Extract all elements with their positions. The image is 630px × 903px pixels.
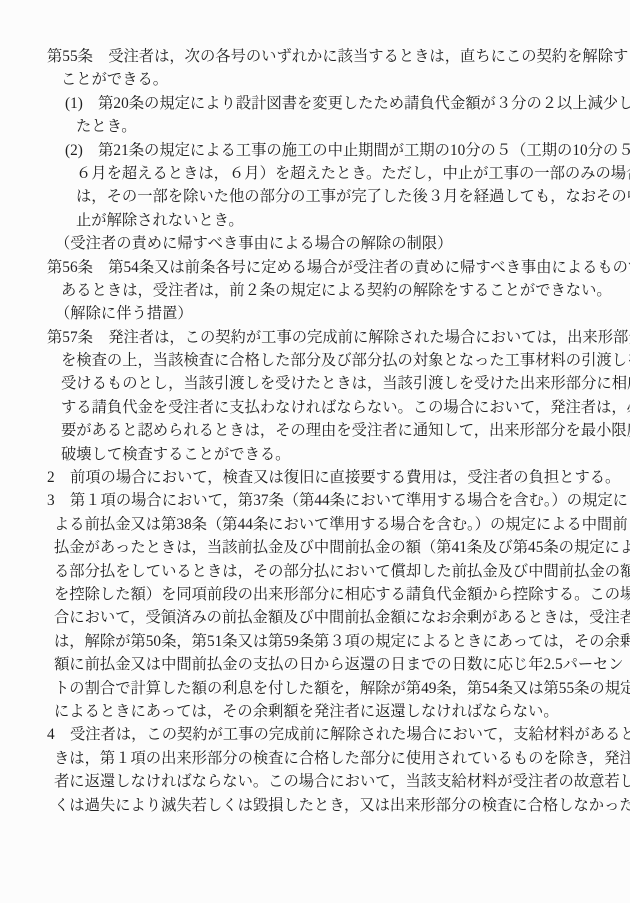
text-line: を検査の上，当該検査に合格した部分及び部分払の対象となった工事材料の引渡しを	[47, 349, 617, 372]
article-55-item-2: (2) 第21条の規定による工事の施工の中止期間が工期の10分の５（工期の10分…	[47, 139, 617, 233]
article-57-paragraph-2: 2 前項の場合において，検査又は復旧に直接要する費用は，受注者の負担とする。	[47, 466, 617, 489]
text-line: 額に前払金又は中間前払金の支払の日から返還の日までの日数に応じ年2.5パーセン	[47, 653, 617, 676]
text-line: 4 受注者は，この契約が工事の完成前に解除された場合において，支給材料があると	[47, 723, 617, 746]
text-line: 第55条 受注者は，次の各号のいずれかに該当するときは，直ちにこの契約を解除する	[47, 45, 617, 68]
article-55-item-1: (1) 第20条の規定により設計図書を変更したため請負代金額が３分の２以上減少し…	[47, 92, 617, 139]
article-55: 第55条 受注者は，次の各号のいずれかに該当するときは，直ちにこの契約を解除する…	[47, 45, 617, 92]
text-line: （受注者の責めに帰すべき事由による場合の解除の制限）	[47, 232, 617, 255]
heading-article-56: （受注者の責めに帰すべき事由による場合の解除の制限）	[47, 232, 617, 255]
text-line: ６月を超えるときは，６月）を超えたとき。ただし，中止が工事の一部のみの場合	[47, 162, 617, 185]
text-line: 合において，受領済みの前払金額及び中間前払金額になお余剰があるときは，受注者	[47, 606, 617, 629]
text-line: くは過失により滅失若しくは毀損したとき，又は出来形部分の検査に合格しなかった	[47, 794, 617, 817]
text-line: する請負代金を受注者に支払わなければならない。この場合において，発注者は，必	[47, 396, 617, 419]
article-57-paragraph-1: 第57条 発注者は，この契約が工事の完成前に解除された場合においては，出来形部分…	[47, 326, 617, 466]
text-line: トの割合で計算した額の利息を付した額を，解除が第49条，第54条又は第55条の規…	[47, 677, 617, 700]
text-line: る部分払をしているときは，その部分払において償却した前払金及び中間前払金の額	[47, 560, 617, 583]
text-line: あるときは，受注者は，前２条の規定による契約の解除をすることができない。	[47, 279, 617, 302]
text-line: 払金があったときは，当該前払金及び中間前払金の額（第41条及び第45条の規定によ	[47, 536, 617, 559]
text-line: 受けるものとし，当該引渡しを受けたときは，当該引渡しを受けた出来形部分に相応	[47, 372, 617, 395]
text-line: （解除に伴う措置）	[47, 302, 617, 325]
text-line: 2 前項の場合において，検査又は復旧に直接要する費用は，受注者の負担とする。	[47, 466, 617, 489]
text-line: 止が解除されないとき。	[47, 209, 617, 232]
text-line: よる前払金又は第38条（第44条において準用する場合を含む。）の規定による中間前	[47, 513, 617, 536]
article-57-paragraph-3: 3 第１項の場合において，第37条（第44条において準用する場合を含む。）の規定…	[47, 489, 617, 723]
text-line: (2) 第21条の規定による工事の施工の中止期間が工期の10分の５（工期の10分…	[47, 139, 617, 162]
text-line: を控除した額）を同項前段の出来形部分に相応する請負代金額から控除する。この場	[47, 583, 617, 606]
text-line: 破壊して検査することができる。	[47, 443, 617, 466]
article-57-paragraph-4: 4 受注者は，この契約が工事の完成前に解除された場合において，支給材料があるとき…	[47, 723, 617, 817]
document-page: 第55条 受注者は，次の各号のいずれかに該当するときは，直ちにこの契約を解除する…	[0, 0, 630, 903]
text-line: は，その一部を除いた他の部分の工事が完了した後３月を経過しても，なおその中	[47, 185, 617, 208]
text-line: 者に返還しなければならない。この場合において，当該支給材料が受注者の故意若し	[47, 770, 617, 793]
text-line: ことができる。	[47, 68, 617, 91]
text-line: きは，第１項の出来形部分の検査に合格した部分に使用されているものを除き，発注	[47, 747, 617, 770]
contract-text-body: 第55条 受注者は，次の各号のいずれかに該当するときは，直ちにこの契約を解除する…	[47, 45, 617, 817]
text-line: は，解除が第50条，第51条又は第59条第３項の規定によるときにあっては，その余…	[47, 630, 617, 653]
article-56: 第56条 第54条又は前条各号に定める場合が受注者の責めに帰すべき事由によるもの…	[47, 256, 617, 303]
text-line: 第57条 発注者は，この契約が工事の完成前に解除された場合においては，出来形部分	[47, 326, 617, 349]
text-line: 要があると認められるときは，その理由を受注者に通知して，出来形部分を最小限度	[47, 419, 617, 442]
text-line: たとき。	[47, 115, 617, 138]
text-line: によるときにあっては，その余剰額を発注者に返還しなければならない。	[47, 700, 617, 723]
text-line: (1) 第20条の規定により設計図書を変更したため請負代金額が３分の２以上減少し	[47, 92, 617, 115]
text-line: 第56条 第54条又は前条各号に定める場合が受注者の責めに帰すべき事由によるもの…	[47, 256, 617, 279]
heading-article-57: （解除に伴う措置）	[47, 302, 617, 325]
text-line: 3 第１項の場合において，第37条（第44条において準用する場合を含む。）の規定…	[47, 489, 617, 512]
